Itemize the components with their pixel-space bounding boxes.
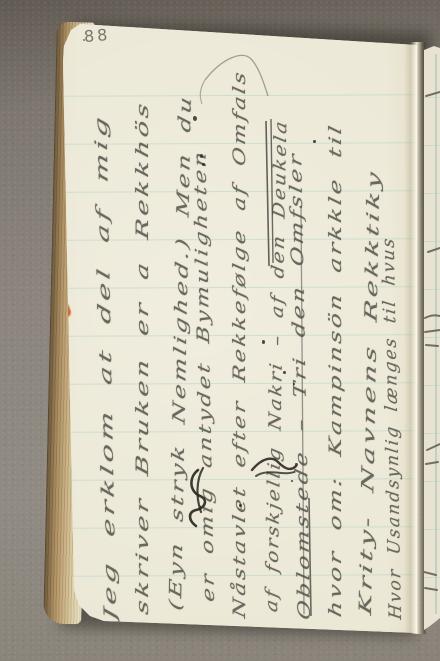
handwriting-line: hvor om: Kampinsön arkkle til xyxy=(326,121,346,619)
handwriting-line: Nåstavlet efter Rekkefølge af Omfals xyxy=(230,68,250,620)
dust-speck xyxy=(83,39,85,41)
rule-line xyxy=(424,337,440,338)
ink-blot xyxy=(313,140,316,143)
ink-blot xyxy=(202,163,205,166)
ink-blot xyxy=(200,154,203,158)
page-number: 88 xyxy=(83,25,111,46)
rule-line xyxy=(424,289,440,290)
ink-blot xyxy=(262,340,265,344)
facing-page-margin-line xyxy=(435,54,437,614)
rule-line xyxy=(424,385,440,386)
rule-line xyxy=(424,241,440,242)
pen-flourish xyxy=(200,80,205,104)
rule-line xyxy=(424,145,440,146)
rule-line xyxy=(424,481,440,482)
ink-blot xyxy=(283,371,286,374)
rule-line xyxy=(424,529,440,530)
gutter-fold xyxy=(404,42,426,634)
handwriting-line: Hvor Usandsynlig længes til hvus xyxy=(379,235,406,620)
rule-line xyxy=(424,97,440,98)
ink-blot xyxy=(295,463,298,466)
handwriting-line: Oblomstede – Tri den Omfsler xyxy=(286,150,315,621)
handwriting-line: Jeg erklom at del af mig xyxy=(91,112,121,623)
rule-line xyxy=(424,193,440,194)
handwriting-line: Krity- Navnens Rekktiky xyxy=(356,167,384,617)
rule-line xyxy=(424,433,440,434)
rule-line xyxy=(424,577,440,578)
handwriting-line: er omig antydet Bymuligheten xyxy=(190,148,219,603)
ink-blot xyxy=(193,116,197,121)
photo-of-notebook: 88 Jeg erklom at del af migskriver Bruke… xyxy=(0,0,440,661)
handwriting-line: skriver Bruken er a Rekkhös xyxy=(133,99,153,617)
dust-speck xyxy=(97,15,100,18)
ink-blot xyxy=(239,504,242,507)
